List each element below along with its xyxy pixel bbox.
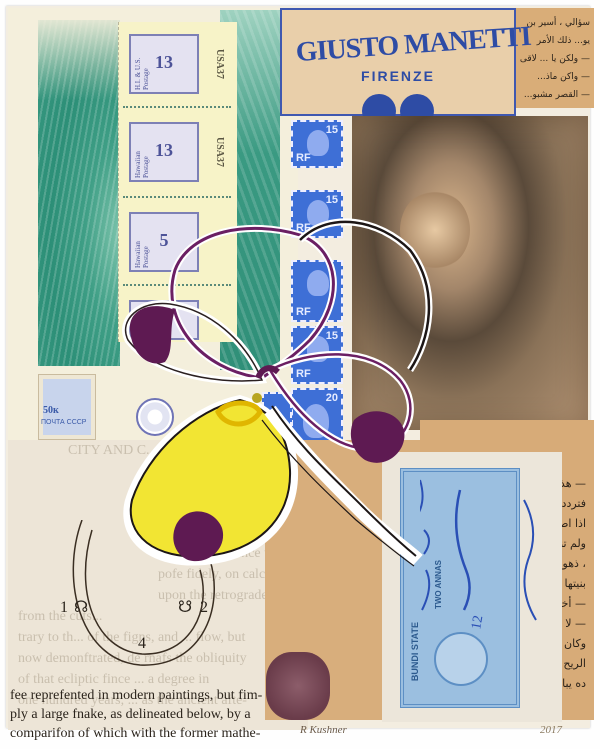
stamp-caption: USA37 xyxy=(207,34,225,94)
book-line: fee reprefented in modern paintings, but… xyxy=(10,686,280,705)
circular-seal xyxy=(136,398,174,436)
hawaii-stamp xyxy=(129,300,199,340)
book-text: fee reprefented in modern paintings, but… xyxy=(10,686,280,743)
french-stamp: 15RF xyxy=(291,120,343,168)
svg-text:☊: ☊ xyxy=(74,597,88,616)
stamp-label: ПОЧТА СССР xyxy=(41,419,86,426)
perforation xyxy=(123,196,231,198)
brand-city: FIRENZE xyxy=(282,68,514,84)
blue-ink-handwriting: 12 xyxy=(420,470,580,670)
collage-canvas: سؤالي ، أسير بن يو... ذلك الأمر — ولكن ي… xyxy=(0,0,600,749)
french-stamp: 15RF xyxy=(291,190,343,238)
medals xyxy=(362,94,438,116)
french-stamp: 15RF xyxy=(291,326,343,384)
svg-text:4: 4 xyxy=(138,635,146,652)
red-postage-stamp xyxy=(266,652,330,720)
svg-text:2: 2 xyxy=(200,599,208,616)
stamp-state: BUNDI STATE xyxy=(410,622,420,681)
hawaii-stamp: H.I. & U.S. Postage 13 xyxy=(129,34,199,94)
book-line: comparifon of which with the former math… xyxy=(10,724,280,743)
hawaii-stamp-sheet: H.I. & U.S. Postage 13 USA37 Hawaiian Po… xyxy=(118,22,237,342)
perforation xyxy=(123,284,231,286)
hawaii-stamp: Hawaiian Postage 5 xyxy=(129,212,199,272)
astronomical-diagram: 1 ☊ ☋ 2 4 xyxy=(60,520,230,670)
arabic-line: — القصر مشبو... xyxy=(510,86,590,104)
svg-text:1: 1 xyxy=(60,599,68,616)
manetti-label: GIUSTO MANETTI FIRENZE xyxy=(280,8,516,116)
french-stamp: RF xyxy=(291,260,343,322)
stamp-value: 13 xyxy=(131,140,197,161)
stamp-value: 50к xyxy=(43,405,59,416)
book-line: ply a large fnake, as delineated below, … xyxy=(10,705,280,724)
svg-text:12: 12 xyxy=(469,614,486,630)
arabic-line: — ولكن يا ... لاقى .. xyxy=(510,50,590,68)
soviet-stamp: 50к ПОЧТА СССР xyxy=(38,374,96,440)
arabic-line: — واكن ماذ... xyxy=(510,68,590,86)
stamp-value: 13 xyxy=(131,52,197,73)
palm-fade xyxy=(38,20,120,100)
svg-text:☋: ☋ xyxy=(178,597,192,616)
artist-signature: R Kushner xyxy=(300,724,347,736)
stamp-caption: USA37 xyxy=(207,122,225,182)
photo-face xyxy=(400,190,470,270)
hawaii-stamp: Hawaiian Postage 13 xyxy=(129,122,199,182)
sepia-photo xyxy=(352,116,588,430)
artwork-year: 2017 xyxy=(540,724,562,736)
perforation xyxy=(123,106,231,108)
stamp-value: 5 xyxy=(131,230,197,251)
